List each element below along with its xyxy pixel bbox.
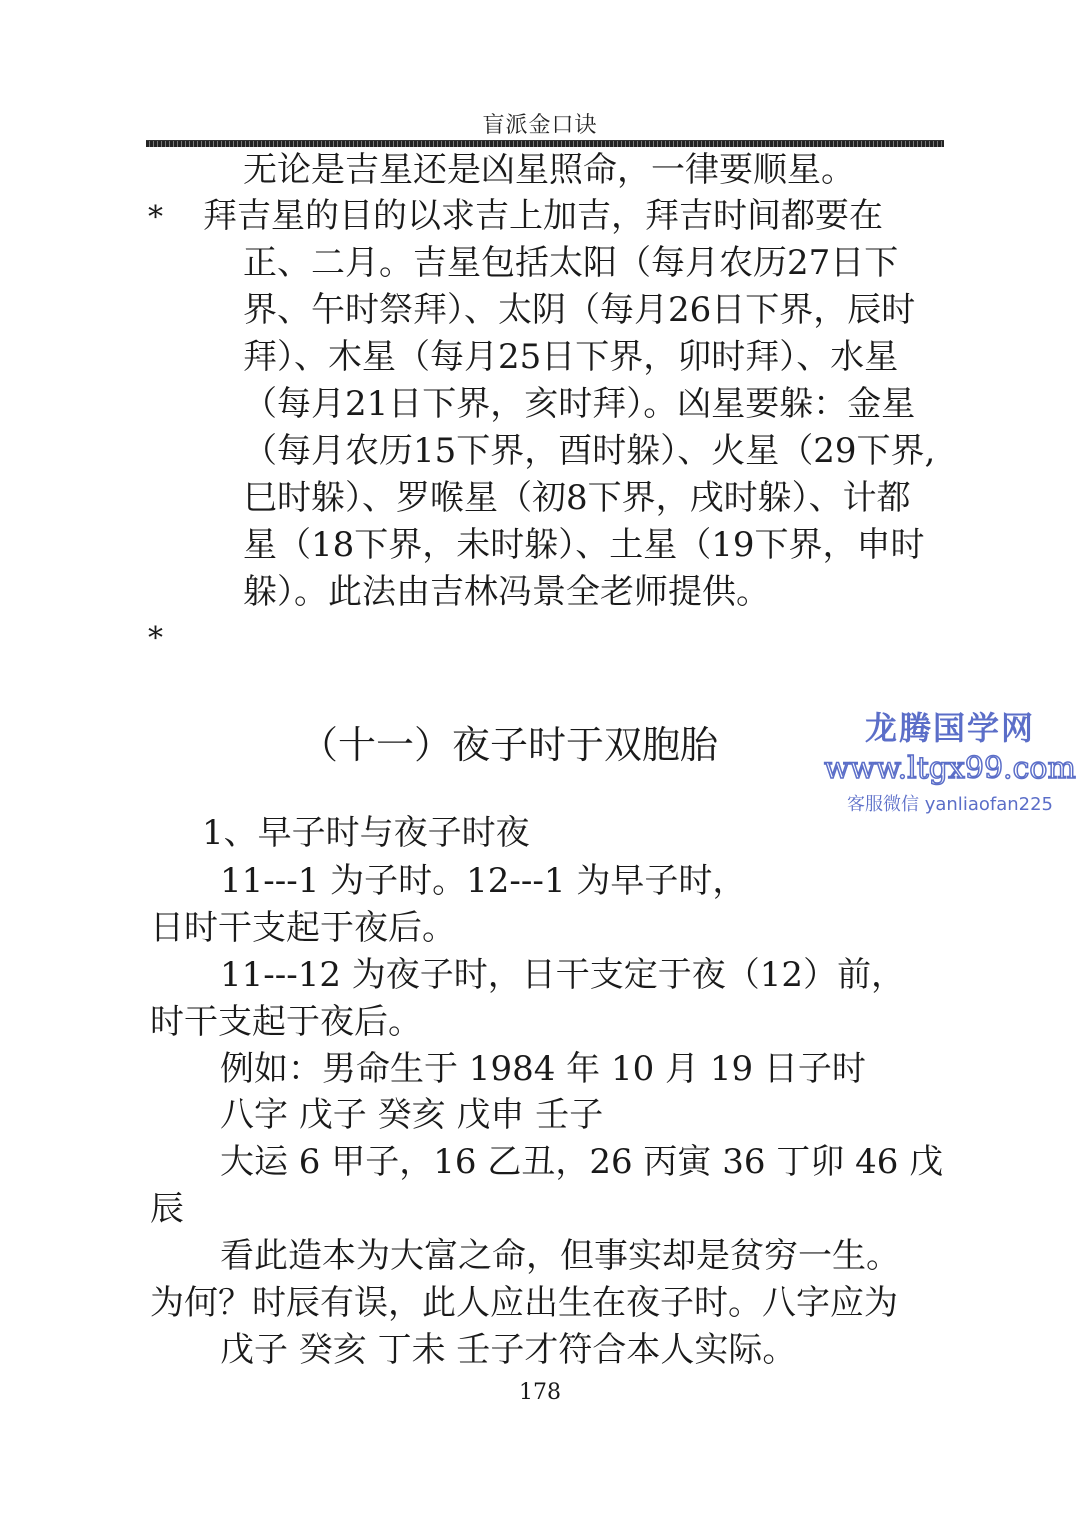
text-line: 拜吉星的目的以求吉上加吉，拜吉时间都要在 xyxy=(203,199,883,233)
text-line: 看此造本为大富之命，但事实却是贫穷一生。 xyxy=(220,1239,900,1273)
text-line: 拜）、木星（每月25日下界，卯时拜）、水星 xyxy=(243,340,898,374)
text-line: 八字 戊子 癸亥 戊申 壬子 xyxy=(220,1098,603,1132)
bullet-asterisk: * xyxy=(148,624,163,654)
watermark-url: www.ltgx99.com xyxy=(820,751,1080,786)
bullet-asterisk: * xyxy=(148,203,163,233)
page-number: 178 xyxy=(0,1380,1080,1405)
running-header: 盲派金口诀 xyxy=(0,108,1080,139)
watermark-contact: 客服微信 yanliaofan225 xyxy=(820,790,1080,816)
text-line: 辰 xyxy=(150,1192,184,1226)
text-line: 界、午时祭拜）、太阴（每月26日下界，辰时 xyxy=(243,293,915,327)
watermark: 龙腾国学网 www.ltgx99.com 客服微信 yanliaofan225 xyxy=(820,703,1080,816)
text-line: 11---12 为夜子时，日干支定于夜（12）前， xyxy=(220,958,905,992)
watermark-title: 龙腾国学网 xyxy=(820,703,1080,749)
text-line: 11---1 为子时。12---1 为早子时， xyxy=(220,864,746,898)
text-line: 星（18下界，未时躲）、土星（19下界，申时 xyxy=(243,528,925,562)
text-line: 日时干支起于夜后。 xyxy=(150,911,456,945)
text-line: 无论是吉星还是凶星照命，一律要顺星。 xyxy=(243,153,855,187)
text-line: 大运 6 甲子，16 乙丑，26 丙寅 36 丁卯 46 戊 xyxy=(220,1145,943,1179)
text-line: 为何？时辰有误，此人应出生在夜子时。八字应为 xyxy=(150,1286,898,1320)
text-line: 躲）。此法由吉林冯景全老师提供。 xyxy=(243,575,770,609)
text-line: （每月农历15下界，酉时躲）、火星（29下界, xyxy=(243,434,935,468)
text-line: 例如：男命生于 1984 年 10 月 19 日子时 xyxy=(220,1052,866,1086)
text-line: （每月21日下界，亥时拜）。凶星要躲：金星 xyxy=(243,387,915,421)
header-rule-divider xyxy=(146,140,944,147)
text-line: 巳时躲）、罗喉星（初8下界，戌时躲）、计都 xyxy=(243,481,911,515)
text-line: 正、二月。吉星包括太阳（每月农历27日下 xyxy=(243,246,898,280)
text-line: 戊子 癸亥 丁未 壬子才符合本人实际。 xyxy=(220,1333,796,1367)
text-line: 时干支起于夜后。 xyxy=(150,1005,422,1039)
section-heading: （十一）夜子时于双胞胎 xyxy=(300,714,718,769)
subheading: 1、早子时与夜子时夜 xyxy=(202,816,530,850)
